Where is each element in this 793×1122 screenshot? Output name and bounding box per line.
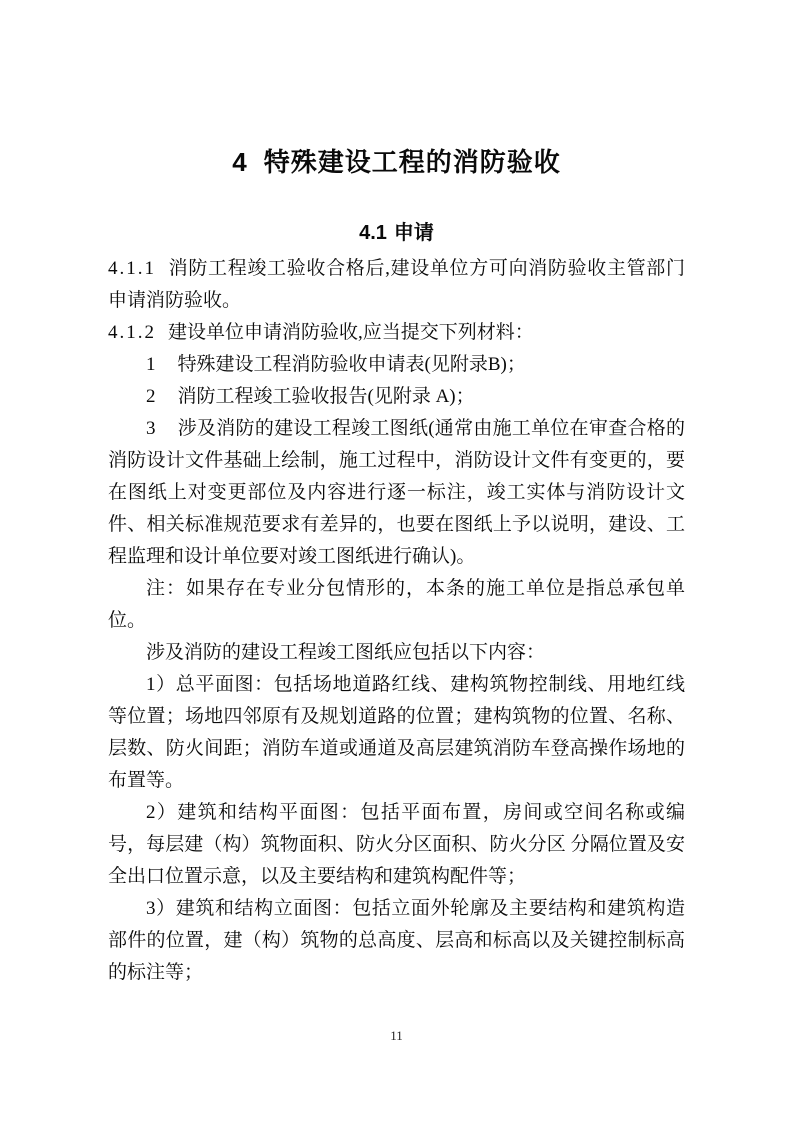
item-number: 3 — [146, 418, 156, 439]
material-item-3: 3涉及消防的建设工程竣工图纸(通常由施工单位在审查合格的消防设计文件基础上绘制，… — [108, 413, 685, 573]
chapter-heading: 4特殊建设工程的消防验收 — [108, 0, 685, 178]
clause-4-1-2: 4.1.2建设单位申请消防验收,应当提交下列材料： — [108, 317, 685, 349]
page-number: 11 — [0, 1029, 793, 1043]
item-text: 消防工程竣工验收报告(见附录 A)； — [178, 386, 475, 407]
clause-text: 消防工程竣工验收合格后,建设单位方可向消防验收主管部门申请消防验收。 — [108, 258, 685, 311]
clause-text: 建设单位申请消防验收,应当提交下列材料： — [168, 322, 534, 343]
item-text: 涉及消防的建设工程竣工图纸(通常由施工单位在审查合格的消防设计文件基础上绘制，施… — [108, 418, 685, 567]
item-text: 特殊建设工程消防验收申请表(见附录B)； — [178, 354, 526, 375]
clause-4-1-1: 4.1.1消防工程竣工验收合格后,建设单位方可向消防验收主管部门申请消防验收。 — [108, 253, 685, 317]
material-item-1: 1特殊建设工程消防验收申请表(见附录B)； — [108, 349, 685, 381]
clause-number: 4.1.1 — [108, 258, 156, 279]
document-page: 4特殊建设工程的消防验收 4.1申请 4.1.1消防工程竣工验收合格后,建设单位… — [0, 0, 793, 1122]
drawing-item-3: 3）建筑和结构立面图：包括立面外轮廓及主要结构和建筑构造部件的位置，建（构）筑物… — [108, 893, 685, 989]
section-number: 4.1 — [359, 222, 387, 244]
section-heading: 4.1申请 — [108, 222, 685, 244]
drawings-intro-paragraph: 涉及消防的建设工程竣工图纸应包括以下内容： — [108, 637, 685, 669]
drawing-item-1: 1）总平面图：包括场地道路红线、建构筑物控制线、用地红线等位置；场地四邻原有及规… — [108, 669, 685, 797]
item-number: 1 — [146, 354, 156, 375]
section-title: 申请 — [394, 222, 434, 244]
note-paragraph: 注：如果存在专业分包情形的，本条的施工单位是指总承包单位。 — [108, 573, 685, 637]
document-body: 4.1.1消防工程竣工验收合格后,建设单位方可向消防验收主管部门申请消防验收。 … — [108, 253, 685, 989]
chapter-number: 4 — [232, 147, 246, 177]
material-item-2: 2消防工程竣工验收报告(见附录 A)； — [108, 381, 685, 413]
chapter-title: 特殊建设工程的消防验收 — [264, 147, 561, 177]
drawing-item-2: 2）建筑和结构平面图：包括平面布置，房间或空间名称或编号，每层建（构）筑物面积、… — [108, 797, 685, 893]
item-number: 2 — [146, 386, 156, 407]
clause-number: 4.1.2 — [108, 322, 156, 343]
